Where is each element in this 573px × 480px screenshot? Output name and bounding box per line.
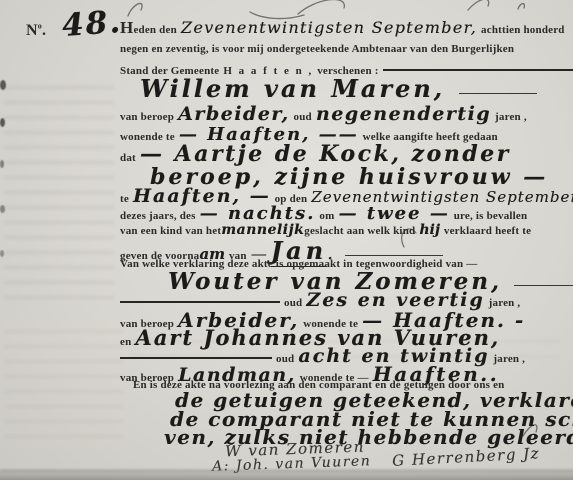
heden-dropcap: H bbox=[120, 18, 133, 37]
declarant-details-line: van beroep Arbeider, oud negenendertig j… bbox=[120, 103, 527, 125]
scan-artifact bbox=[0, 118, 5, 127]
record-number-label: No. bbox=[26, 22, 46, 39]
declarant-name-line: Willem van Maren, bbox=[140, 74, 537, 103]
record-number-block: No. bbox=[26, 22, 46, 40]
jaren-label: jaren , bbox=[495, 111, 527, 123]
declarant-age: negenendertig bbox=[316, 103, 491, 125]
birth-certificate-scan: No. 48. Heden den Zevenentwintigsten Sep… bbox=[0, 0, 573, 480]
scan-bottom-band bbox=[0, 467, 573, 480]
declarant-name: Willem van Maren, bbox=[140, 74, 445, 103]
beroep-label: van beroep bbox=[120, 111, 174, 123]
scan-artifact bbox=[0, 250, 4, 257]
scan-artifact bbox=[0, 160, 4, 168]
header-line-2: negen en zeventig, is voor mij ondergete… bbox=[120, 43, 514, 55]
record-number-value: 48. bbox=[61, 4, 123, 44]
kind-text-c: verklaard heeft te bbox=[444, 225, 531, 237]
blank-rule bbox=[120, 357, 272, 359]
blank-rule bbox=[120, 301, 280, 303]
declarant-occupation: Arbeider, bbox=[178, 103, 289, 125]
act-date: Zevenentwintigsten September, bbox=[181, 18, 477, 37]
scan-artifact bbox=[0, 80, 6, 90]
scan-artifact bbox=[0, 205, 5, 213]
blank-rule bbox=[383, 69, 573, 71]
bleedthrough-left-lower bbox=[4, 330, 124, 450]
dash-rule bbox=[514, 285, 573, 286]
dash-rule bbox=[459, 93, 537, 94]
dat-label: dat bbox=[120, 152, 136, 164]
header-line-1: Heden den Zevenentwintigsten September, … bbox=[120, 18, 565, 38]
oud-label: oud bbox=[294, 111, 312, 123]
bleedthrough-left-margin bbox=[4, 86, 114, 306]
heden-text: eden den bbox=[133, 24, 176, 36]
blank-rule bbox=[345, 255, 443, 256]
year-printed: achttien honderd bbox=[481, 24, 565, 36]
